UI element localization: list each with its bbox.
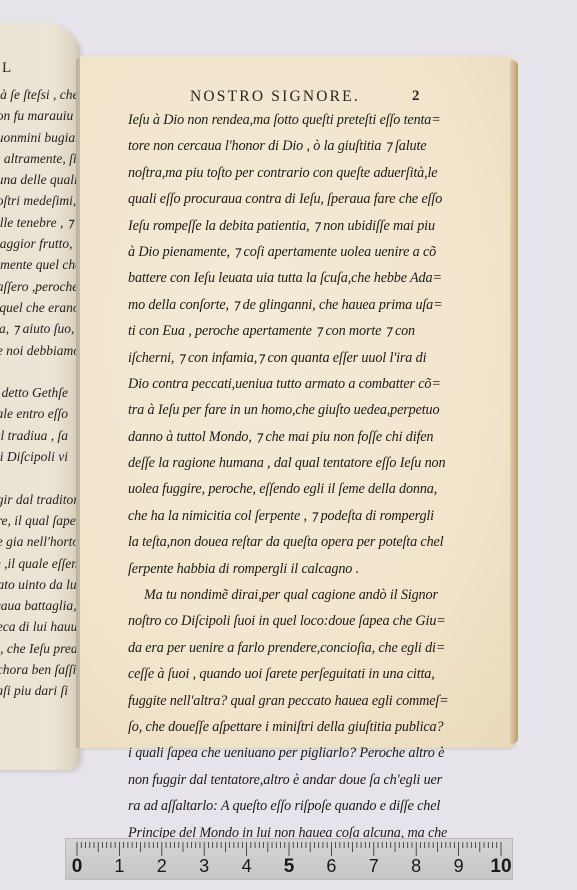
text-line: Ieſu rompeſſe la debita patientia, ⁊ non… [128, 213, 460, 239]
text-line: battere con Ieſu leuata uia tutta la ſcu… [128, 265, 460, 291]
left-page-line: ueca di lui hauute [0, 616, 80, 637]
left-page-line [0, 361, 80, 382]
text-line: ceſſe à ſuoi , quando uoi ſarete perſegu… [128, 661, 460, 687]
text-line: da era per uenire a farlo prendere,conci… [128, 635, 460, 661]
ruler-label: 6 [326, 856, 336, 877]
left-page-line: i Diſcipoli vi [0, 446, 80, 467]
book-scan-scene: L ò à ſe ſteſsi , che ànon fu marauiubuo… [0, 0, 577, 890]
page-fore-edge [510, 60, 518, 744]
text-line: à Dio pienamente, ⁊ coſi apertamente uol… [128, 239, 460, 265]
text-line: noſtro co Diſcipoli ſuoi in quel loco:do… [128, 608, 460, 634]
text-line: Dio contra peccati,ueniua tutto armato a… [128, 371, 460, 397]
left-page-line: rcaua battaglia, [0, 595, 80, 616]
text-line: fuggite nell'altra? qual gran peccato ha… [128, 688, 460, 714]
text-line: mo della conſorte, ⁊ de glinganni, che h… [128, 292, 460, 318]
left-page-line: ore, il qual ſapea [0, 510, 80, 531]
left-page-header-fragment: L [2, 60, 12, 77]
left-page-text: ò à ſe ſteſsi , che ànon fu marauiubuonm… [0, 84, 80, 702]
ruler-label: 9 [454, 856, 464, 877]
left-page-line: re ,il quale eſſen [0, 553, 80, 574]
text-line: ſerpente habbia di rompergli il calcagno… [128, 556, 460, 582]
left-page-line: ggir dal traditor [0, 489, 80, 510]
text-line: che ha la nimicitia col ſerpente , ⁊ pod… [128, 503, 460, 529]
left-page-line: à mente quel che [0, 254, 80, 275]
left-page-line: noſtri medeſimi, [0, 190, 80, 211]
running-head: NOSTRO SIGNORE. [190, 88, 360, 106]
scale-ruler: 012345678910 [65, 838, 513, 880]
left-page-line: maggior frutto, [0, 233, 80, 254]
left-page-line: he gia nell'horto [0, 531, 80, 552]
left-page-line: uaſſero ,peroche [0, 276, 80, 297]
ruler-label: 1 [114, 856, 124, 877]
left-page-line: be noi debbiamo, [0, 340, 80, 361]
left-page-line: nchora ben ſaſſi [0, 659, 80, 680]
left-page-line: c quel che erano [0, 297, 80, 318]
right-page-body-text: Ieſu à Dio non rendea,ma ſotto queſti pr… [128, 107, 460, 872]
left-page: L ò à ſe ſteſsi , che ànon fu marauiubuo… [0, 22, 80, 770]
ruler-label: 4 [242, 856, 252, 877]
text-line: danno à tuttol Mondo, ⁊ che mai piu non … [128, 424, 460, 450]
left-page-line [0, 467, 80, 488]
left-page-line: lelle tenebre , ⁊ [0, 212, 80, 233]
left-page-line: ria, ⁊ aiuto ſuo, [0, 318, 80, 339]
text-line: deſſe la ragione humana , dal qual tenta… [128, 450, 460, 476]
left-page-line: aſi piu dari ſi [0, 680, 80, 701]
text-line: i quali ſapea che ueniuano per pigliarlo… [128, 740, 460, 766]
left-page-line: , una delle quali [0, 169, 80, 190]
text-line: uolea fuggire, peroche, eſſendo egli il … [128, 476, 460, 502]
text-line: iſcherni, ⁊ con infamia,⁊ con quanta eſſ… [128, 345, 460, 371]
left-page-line: ò à ſe ſteſsi , che à [0, 84, 80, 105]
text-line: quali eſſo procuraua contra di Ieſu, ſpe… [128, 186, 460, 212]
left-page-line: buonmini bugiar [0, 127, 80, 148]
text-line: noſtra,ma piu toſto per contrario con qu… [128, 160, 460, 186]
ruler-label: 7 [369, 856, 379, 877]
text-line: tore non cercaua l'honor di Dio , ò la g… [128, 133, 460, 159]
ruler-label: 5 [284, 856, 295, 878]
text-line: Ma tu nondimẽ dirai,per qual cagione and… [128, 582, 460, 608]
ruler-label: 0 [72, 856, 83, 878]
left-page-line: ſtato uinto da lui: [0, 574, 80, 595]
text-line: non fuggir dal tentatore,altro è andar d… [128, 767, 460, 793]
page-number: 2 [412, 88, 420, 105]
ruler-label: 8 [411, 856, 421, 877]
text-line: tra à Ieſu per fare in un homo,che giuſt… [128, 397, 460, 423]
left-page-line: detto Gethſe [0, 382, 80, 403]
ruler-label: 3 [199, 856, 209, 877]
ruler-label: 10 [490, 856, 511, 878]
left-page-line: el tradiua , ſa [0, 425, 80, 446]
text-line: Ieſu à Dio non rendea,ma ſotto queſti pr… [128, 107, 460, 133]
text-line: ti con Eua , peroche apertamente ⁊ con m… [128, 318, 460, 344]
ruler-label: 2 [157, 856, 167, 877]
left-page-line: ale entro eſſo [0, 403, 80, 424]
text-line: ra ad aſſaltarlo: A queſto eſſo riſpoſe … [128, 793, 460, 819]
left-page-line: a , che Ieſu prea [0, 638, 80, 659]
text-line: la teſta,non douea reſtar da queſta oper… [128, 529, 460, 555]
left-page-line: non fu marauiu [0, 105, 80, 126]
text-line: ſo, che doueſſe aſpettare i miniſtri del… [128, 714, 460, 740]
left-page-line: iu altramente, ſi [0, 148, 80, 169]
